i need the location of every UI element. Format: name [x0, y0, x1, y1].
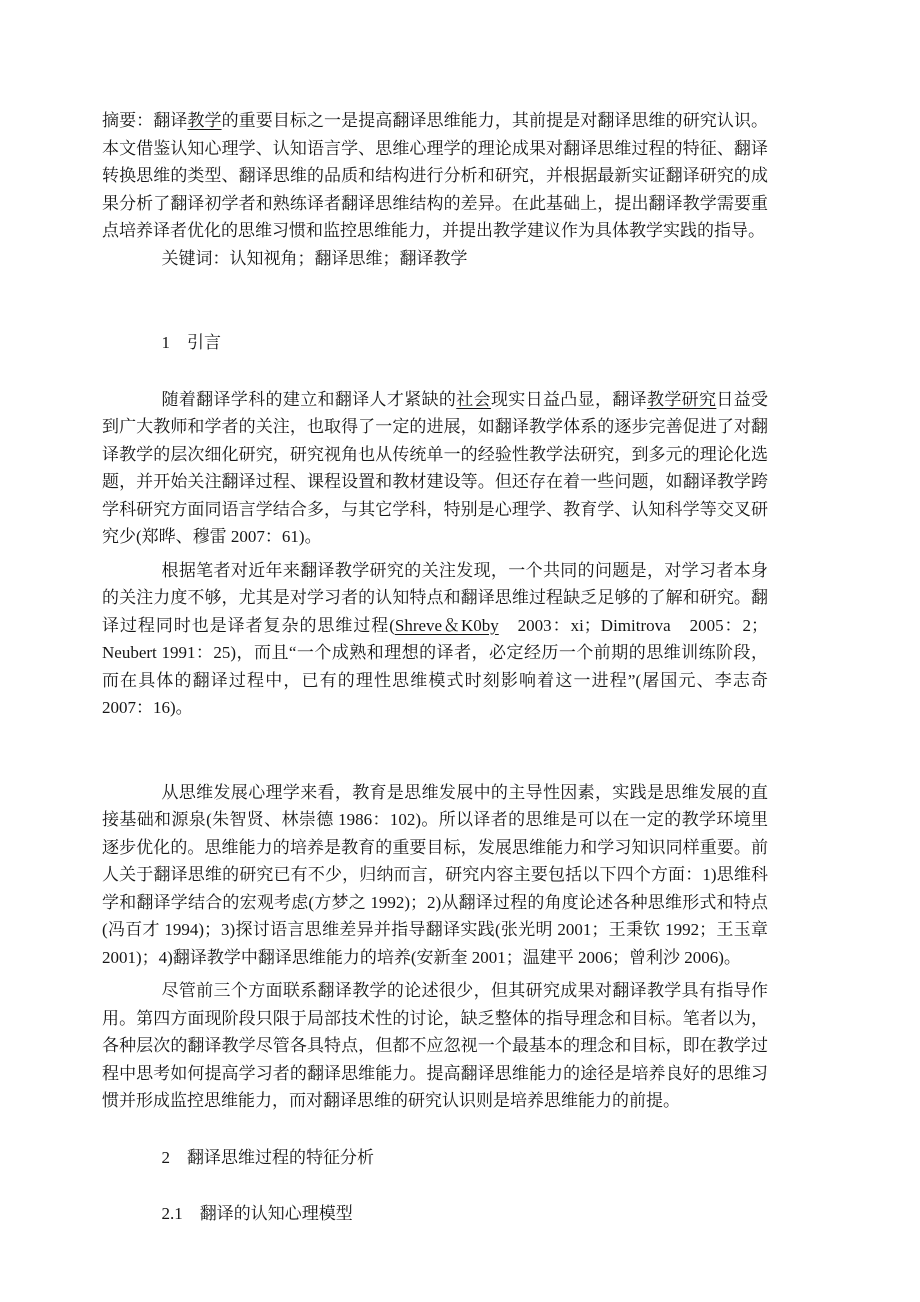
- text-run: 随着翻译学科的建立和翻译人才紧缺的: [162, 390, 457, 409]
- body-paragraph-4: 尽管前三个方面联系翻译教学的论述很少，但其研究成果对翻译教学具有指导作用。第四方…: [102, 977, 768, 1115]
- underlined-text: Shreve＆K0by: [395, 616, 499, 635]
- document-page: 摘要：翻译教学的重要目标之一是提高翻译思维能力，其前提是对翻译思维的研究认识。本…: [102, 107, 768, 1228]
- text-run: 的重要目标之一是提高翻译思维能力，其前提是对翻译思维的研究认识。本文借鉴认知心理…: [102, 111, 768, 240]
- intro-paragraph-1: 随着翻译学科的建立和翻译人才紧缺的社会现实日益凸显，翻译教学研究日益受到广大教师…: [102, 386, 768, 551]
- text-run: 摘要：翻译: [102, 111, 187, 130]
- text-run: 1 引言: [162, 333, 222, 352]
- underlined-text: 教学研究: [647, 390, 716, 409]
- body-paragraph-3: 从思维发展心理学来看，教育是思维发展中的主导性因素，实践是思维发展的直接基础和源…: [102, 779, 768, 972]
- section-heading-1: 1 引言: [102, 329, 768, 357]
- text-run: 2 翻译思维过程的特征分析: [162, 1148, 375, 1167]
- text-run: 关键词：认知视角；翻译思维；翻译教学: [162, 249, 468, 268]
- text-run: 日益受到广大教师和学者的关注，也取得了一定的进展，如翻译教学体系的逐步完善促进了…: [102, 390, 768, 547]
- text-run: 2.1 翻译的认知心理模型: [162, 1204, 353, 1223]
- intro-paragraph-2: 根据笔者对近年来翻译教学研究的关注发现，一个共同的问题是，对学习者本身的关注力度…: [102, 557, 768, 722]
- underlined-text: 社会: [456, 390, 491, 409]
- section-heading-2: 2 翻译思维过程的特征分析: [102, 1144, 768, 1172]
- abstract-paragraph: 摘要：翻译教学的重要目标之一是提高翻译思维能力，其前提是对翻译思维的研究认识。本…: [102, 107, 768, 245]
- keywords-line: 关键词：认知视角；翻译思维；翻译教学: [102, 245, 768, 273]
- text-run: 现实日益凸显，翻译: [491, 390, 647, 409]
- text-run: 从思维发展心理学来看，教育是思维发展中的主导性因素，实践是思维发展的直接基础和源…: [102, 783, 768, 967]
- section-heading-2-1: 2.1 翻译的认知心理模型: [102, 1200, 768, 1228]
- text-run: 尽管前三个方面联系翻译教学的论述很少，但其研究成果对翻译教学具有指导作用。第四方…: [102, 981, 768, 1110]
- underlined-text: 教学: [187, 111, 221, 130]
